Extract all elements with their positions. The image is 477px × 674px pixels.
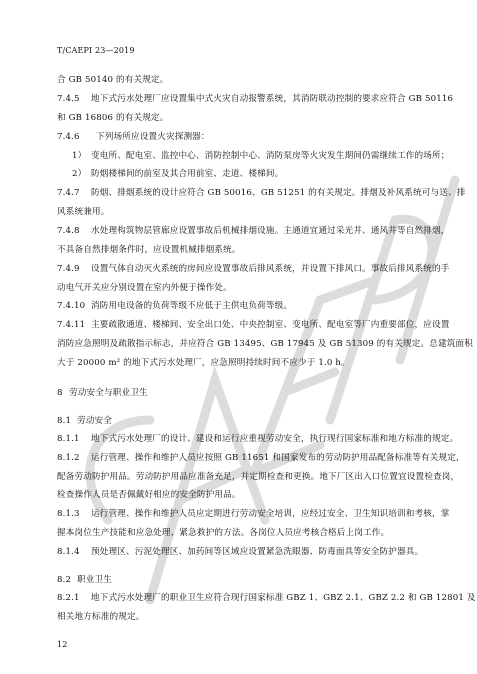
- body-line: 消防应急照明及疏散指示标志，并应符合 GB 13495、GB 17945 及 G…: [57, 338, 473, 350]
- line-text: 握本岗位生产技能和应急处理、紧急救护的方法。各岗位人员应考核合格后上岗工作。: [57, 528, 389, 538]
- line-text: 运行管理、操作和维护人员应按照 GB 11651 和国家发布的劳动防护用品配备标…: [91, 453, 465, 463]
- clause-number: 7.4.10: [57, 300, 91, 312]
- body-line: 握本岗位生产技能和应急处理、紧急救护的方法。各岗位人员应考核合格后上岗工作。: [57, 527, 389, 539]
- line-text: 地下式污水处理厂的职业卫生应符合现行国家标准 GBZ 1、GBZ 2.1、GBZ…: [91, 593, 476, 603]
- line-text: 动电气开关应分别设置在室内外便于操作处。: [57, 283, 232, 293]
- clause-number: 8.2.1: [57, 592, 91, 604]
- line-text: 下列场所应设置火灾探测器：: [96, 132, 210, 142]
- clause-number: 8.1.1: [57, 433, 91, 445]
- subsection-heading-8-1: 8.1劳动安全: [57, 415, 112, 427]
- body-line: 和 GB 16806 的有关规定。: [57, 112, 168, 124]
- clause-7-4-7: 7.4.7防烟、排烟系统的设计应符合 GB 50016、GB 51251 的有关…: [57, 187, 465, 199]
- clause-number: 7.4.9: [57, 263, 91, 275]
- body-line: 合 GB 50140 的有关规定。: [57, 74, 168, 86]
- clause-8-2-1: 8.2.1地下式污水处理厂的职业卫生应符合现行国家标准 GBZ 1、GBZ 2.…: [57, 592, 476, 604]
- list-item-1: 1）变电所、配电室、监控中心、消防控制中心、消防泵房等火灾发生期间仍需继续工作的…: [72, 150, 450, 162]
- page-number: 12: [57, 639, 67, 651]
- clause-number: 7.4.6: [57, 131, 96, 143]
- line-text: 主要疏散通道、楼梯间、安全出口处、中央控制室、变电所、配电室等厂内重要部位，应设…: [91, 320, 450, 330]
- clause-number: 8.1.3: [57, 508, 91, 520]
- subsection-number: 8.2: [57, 574, 77, 586]
- body-line: 配备劳动防护用品。劳动防护用品应准备充足，并定期检查和更换。地下厂区出入口位置宜…: [57, 471, 459, 483]
- clause-7-4-9: 7.4.9设置气体自动灭火系统的房间应设置事故后排风系统，并设置下排风口。事故后…: [57, 263, 450, 275]
- line-text: 风系统兼用。: [57, 207, 109, 217]
- subsection-number: 8.1: [57, 415, 77, 427]
- line-text: 相关地方标准的规定。: [57, 612, 144, 622]
- line-text: 和 GB 16806 的有关规定。: [57, 113, 168, 123]
- clause-number: 7.4.5: [57, 93, 91, 105]
- clause-number: 7.4.11: [57, 319, 91, 331]
- section-heading-8: 8劳动安全与职业卫生: [57, 387, 148, 399]
- section-number: 8: [57, 387, 69, 399]
- line-text: 不具备自然排烟条件时，应设置机械排烟系统。: [57, 245, 241, 255]
- line-text: 水处理构筑物层管廊应设置事故后机械排烟设施。主通道宜通过采光井、通风井等自然排烟…: [91, 226, 450, 236]
- clause-number: 7.4.8: [57, 225, 91, 237]
- clause-8-1-2: 8.1.2运行管理、操作和维护人员应按照 GB 11651 和国家发布的劳动防护…: [57, 452, 465, 464]
- list-item-2: 2）防烟楼梯间的前室及其合用前室、走道、楼梯间。: [72, 168, 283, 180]
- body-line: 相关地方标准的规定。: [57, 611, 144, 623]
- line-text: 地下式污水处理厂的设计、建设和运行应重视劳动安全，执行现行国家标准和地方标准的规…: [91, 434, 458, 444]
- subsection-title: 职业卫生: [77, 575, 112, 585]
- line-text: 大于 20000 m² 的地下式污水处理厂，应急照明持续时间不应少于 1.0 h…: [57, 358, 350, 368]
- clause-number: 8.1.4: [57, 546, 91, 558]
- line-text: 消防应急照明及疏散指示标志，并应符合 GB 13495、GB 17945 及 G…: [57, 339, 473, 349]
- clause-7-4-8: 7.4.8水处理构筑物层管廊应设置事故后机械排烟设施。主通道宜通过采光井、通风井…: [57, 225, 450, 237]
- list-number: 1）: [72, 150, 91, 162]
- body-line: 检查操作人员是否佩戴好相应的安全防护用品。: [57, 489, 241, 501]
- body-line: 大于 20000 m² 的地下式污水处理厂，应急照明持续时间不应少于 1.0 h…: [57, 357, 350, 369]
- line-text: 检查操作人员是否佩戴好相应的安全防护用品。: [57, 490, 241, 500]
- clause-number: 7.4.7: [57, 187, 91, 199]
- line-text: 预处理区、污泥处理区、加药间等区域应设置紧急洗眼器、防毒面具等安全防护器具。: [91, 547, 423, 557]
- clause-8-1-4: 8.1.4预处理区、污泥处理区、加药间等区域应设置紧急洗眼器、防毒面具等安全防护…: [57, 546, 423, 558]
- body-line: 风系统兼用。: [57, 206, 109, 218]
- body-line: 动电气开关应分别设置在室内外便于操作处。: [57, 282, 232, 294]
- line-text: 变电所、配电室、监控中心、消防控制中心、消防泵房等火灾发生期间仍需继续工作的场所…: [91, 151, 450, 161]
- line-text: 设置气体自动灭火系统的房间应设置事故后排风系统，并设置下排风口。事故后排风系统的…: [91, 264, 450, 274]
- document-header-id: T/CAEPI 23—2019: [57, 45, 135, 57]
- list-number: 2）: [72, 168, 91, 180]
- document-page: T/CAEPI 23—2019 合 GB 50140 的有关规定。 7.4.5地…: [0, 0, 477, 674]
- line-text: 地下式污水处理厂应设置集中式火灾自动报警系统，其消防联动控制的要求应符合 GB …: [91, 94, 453, 104]
- line-text: 配备劳动防护用品。劳动防护用品应准备充足，并定期检查和更换。地下厂区出入口位置宜…: [57, 472, 459, 482]
- clause-7-4-5: 7.4.5地下式污水处理厂应设置集中式火灾自动报警系统，其消防联动控制的要求应符…: [57, 93, 453, 105]
- subsection-title: 劳动安全: [77, 416, 112, 426]
- line-text: 运行管理、操作和维护人员应定期进行劳动安全培训，应经过安全、卫生知识培训和考核，…: [91, 509, 450, 519]
- clause-8-1-3: 8.1.3运行管理、操作和维护人员应定期进行劳动安全培训，应经过安全、卫生知识培…: [57, 508, 450, 520]
- clause-8-1-1: 8.1.1地下式污水处理厂的设计、建设和运行应重视劳动安全，执行现行国家标准和地…: [57, 433, 458, 445]
- body-line: 不具备自然排烟条件时，应设置机械排烟系统。: [57, 244, 241, 256]
- clause-7-4-10: 7.4.10消防用电设备的负荷等级不应低于主供电负荷等级。: [57, 300, 292, 312]
- line-text: 防烟楼梯间的前室及其合用前室、走道、楼梯间。: [91, 169, 283, 179]
- line-text: 消防用电设备的负荷等级不应低于主供电负荷等级。: [91, 301, 292, 311]
- clause-7-4-6: 7.4.6下列场所应设置火灾探测器：: [57, 131, 210, 143]
- subsection-heading-8-2: 8.2职业卫生: [57, 574, 112, 586]
- clause-number: 8.1.2: [57, 452, 91, 464]
- clause-7-4-11: 7.4.11主要疏散通道、楼梯间、安全出口处、中央控制室、变电所、配电室等厂内重…: [57, 319, 450, 331]
- line-text: 合 GB 50140 的有关规定。: [57, 75, 168, 85]
- section-title: 劳动安全与职业卫生: [69, 388, 148, 398]
- line-text: 防烟、排烟系统的设计应符合 GB 50016、GB 51251 的有关规定。排烟…: [91, 188, 465, 198]
